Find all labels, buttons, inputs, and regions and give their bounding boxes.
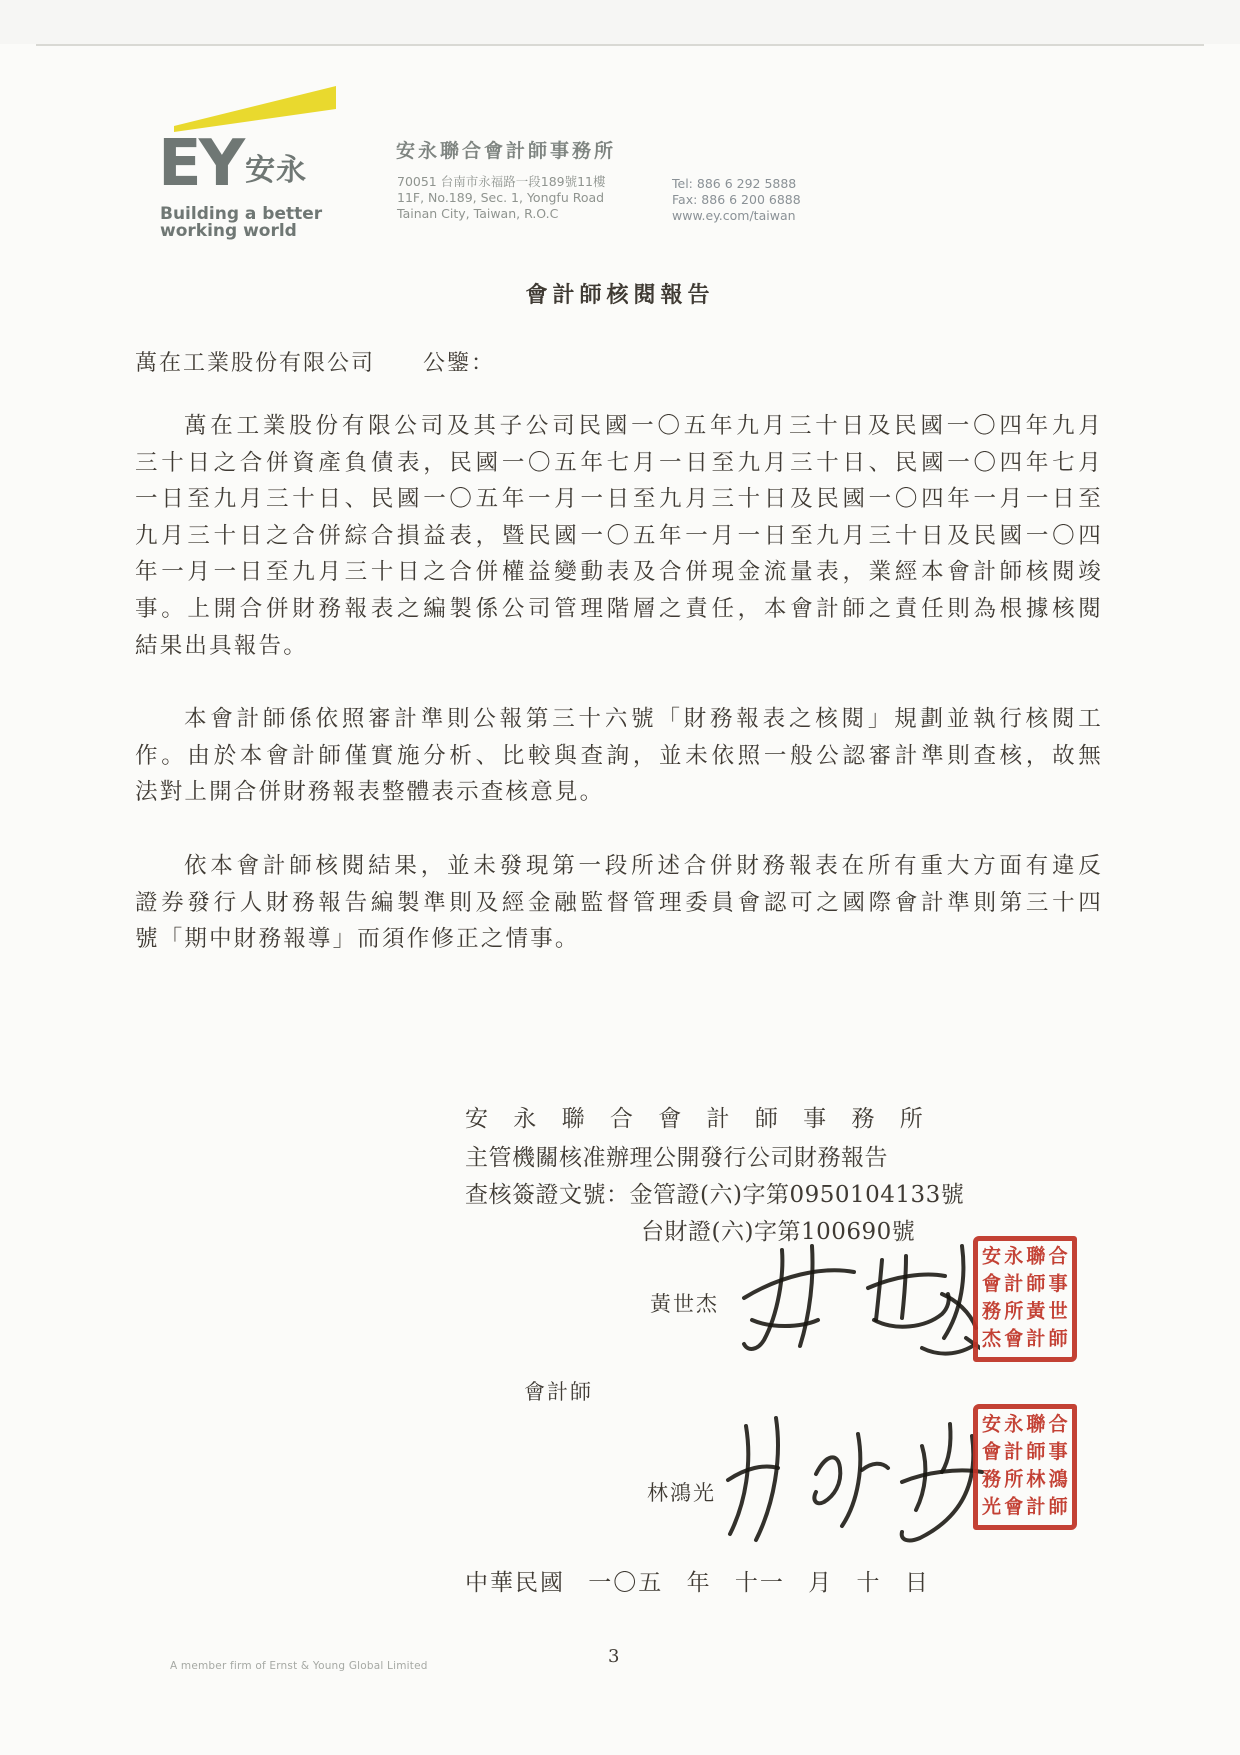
paragraph-line: 萬在工業股份有限公司及其子公司民國一〇五年九月三十日及民國一〇四年九月	[135, 408, 1103, 445]
letter-body: 萬在工業股份有限公司及其子公司民國一〇五年九月三十日及民國一〇四年九月 三十日之…	[135, 408, 1103, 995]
cpa1-red-seal: 安永聯合會計師事務所黃世杰會計師	[973, 1236, 1077, 1362]
paragraph-line: 號「期中財務報導」而須作修正之情事。	[135, 921, 1103, 958]
ey-logo-text: EY	[158, 134, 242, 194]
firm-address: 70051 台南市永福路一段189號11樓 11F, No.189, Sec. …	[397, 174, 606, 222]
cpa1-printed-name: 黃世杰	[650, 1288, 719, 1318]
paragraph-line: 證券發行人財務報告編製準則及經金融監督管理委員會認可之國際會計準則第三十四	[135, 885, 1103, 922]
paragraph-line: 依本會計師核閱結果，並未發現第一段所述合併財務報表在所有重大方面有違反	[135, 848, 1103, 885]
report-page: EY 安永 Building a better working world 安永…	[0, 0, 1240, 1755]
cpa2-red-seal: 安永聯合會計師事務所林鴻光會計師	[973, 1404, 1077, 1530]
cpa-label: 會計師	[524, 1376, 593, 1406]
cpa2-handwritten-signature	[712, 1410, 992, 1552]
paragraph-line: 本會計師係依照審計準則公報第三十六號「財務報表之核閱」規劃並執行核閱工	[135, 701, 1103, 738]
contact-web: www.ey.com/taiwan	[672, 208, 801, 224]
firm-contact: Tel: 886 6 292 5888 Fax: 886 6 200 6888 …	[672, 176, 801, 224]
signoff-approval: 主管機關核准辦理公開發行公司財務報告	[465, 1139, 888, 1172]
report-date: 中華民國 一〇五 年 十一 月 十 日	[465, 1564, 930, 1597]
paragraph-line: 結果出具報告。	[135, 628, 1103, 665]
paragraph-line: 年一月一日至九月三十日之合併權益變動表及合併現金流量表，業經本會計師核閱竣	[135, 554, 1103, 591]
firm-name: 安永聯合會計師事務所	[396, 136, 616, 163]
page-number: 3	[608, 1646, 619, 1667]
scan-top-strip	[0, 0, 1240, 44]
cpa1-seal-text: 安永聯合會計師事務所黃世杰會計師	[982, 1243, 1072, 1353]
cpa2-seal-text: 安永聯合會計師事務所林鴻光會計師	[982, 1411, 1072, 1521]
report-title: 會計師核閱報告	[0, 278, 1240, 309]
salutation: 萬在工業股份有限公司 公鑒：	[135, 346, 495, 377]
signoff-doc-number-1: 查核簽證文號：金管證(六)字第0950104133號	[465, 1176, 964, 1209]
paragraph-line: 作。由於本會計師僅實施分析、比較與查詢，並未依照一般公認審計準則查核，故無	[135, 738, 1103, 775]
paragraph-line: 一日至九月三十日、民國一〇五年一月一日至九月三十日及民國一〇四年一月一日至	[135, 481, 1103, 518]
address-line: 11F, No.189, Sec. 1, Yongfu Road	[397, 190, 606, 206]
signoff-firm-name: 安 永 聯 合 會 計 師 事 務 所	[465, 1100, 924, 1133]
cpa1-handwritten-signature	[730, 1236, 980, 1374]
contact-fax: Fax: 886 6 200 6888	[672, 192, 801, 208]
paragraph-3: 依本會計師核閱結果，並未發現第一段所述合併財務報表在所有重大方面有違反 證券發行…	[135, 848, 1103, 958]
contact-tel: Tel: 886 6 292 5888	[672, 176, 801, 192]
ey-tagline-line2: working world	[160, 223, 322, 240]
address-line: Tainan City, Taiwan, R.O.C	[397, 206, 606, 222]
paragraph-line: 法對上開合併財務報表整體表示查核意見。	[135, 774, 1103, 811]
member-firm-note: A member firm of Ernst & Young Global Li…	[170, 1660, 428, 1672]
address-line: 70051 台南市永福路一段189號11樓	[397, 174, 606, 190]
paragraph-line: 事。上開合併財務報表之編製係公司管理階層之責任，本會計師之責任則為根據核閱	[135, 591, 1103, 628]
paragraph-line: 九月三十日之合併綜合損益表，暨民國一〇五年一月一日至九月三十日及民國一〇四	[135, 518, 1103, 555]
ey-logo-cn: 安永	[245, 145, 307, 194]
cpa2-printed-name: 林鴻光	[647, 1477, 716, 1507]
paragraph-1: 萬在工業股份有限公司及其子公司民國一〇五年九月三十日及民國一〇四年九月 三十日之…	[135, 408, 1103, 664]
top-divider-line	[36, 44, 1204, 46]
paragraph-2: 本會計師係依照審計準則公報第三十六號「財務報表之核閱」規劃並執行核閱工 作。由於…	[135, 701, 1103, 811]
paragraph-line: 三十日之合併資產負債表，民國一〇五年七月一日至九月三十日、民國一〇四年七月	[135, 445, 1103, 482]
